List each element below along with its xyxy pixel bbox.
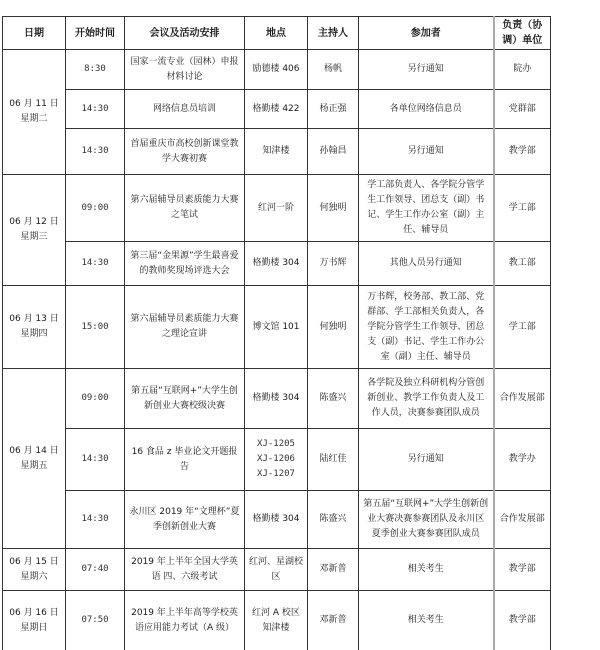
weekday: 星期四 [7, 327, 61, 342]
dept-cell: 教工部 [494, 242, 551, 286]
table-row: 14:30 16 食品 z 毕业论文开题报告 XJ-1205 XJ-1206 X… [3, 429, 551, 491]
host-cell: 孙翰昌 [308, 129, 359, 175]
weekday: 星期三 [7, 230, 61, 245]
dept-cell: 合作发展部 [494, 369, 551, 429]
header-date: 日期 [3, 17, 66, 50]
dept-cell: 学工部 [494, 286, 551, 369]
header-row: 日期 开始时间 会议及活动安排 地点 主持人 参加者 负责（协调）单位 [3, 17, 551, 50]
header-dept: 负责（协调）单位 [494, 17, 551, 50]
event-cell: 第六届辅导员素质能力大赛之理论宣讲 [125, 286, 245, 369]
location-cell: XJ-1205 XJ-1206 XJ-1207 [245, 429, 308, 491]
participants-cell: 各学院及独立科研机构分管创新创业、教学工作负责人及工作人员，决赛参赛团队成员 [359, 369, 494, 429]
time-cell: 07:40 [66, 549, 125, 591]
dept-cell: 教学部 [494, 549, 551, 591]
participants-cell: 另行通知 [359, 129, 494, 175]
date-cell: 06 月 15 日 星期六 [3, 549, 66, 591]
table-row: 06 月 15 日 星期六 07:40 2019 年上半年全国大学英语 四、六级… [3, 549, 551, 591]
dept-cell: 党群部 [494, 90, 551, 129]
date: 06 月 12 日 [7, 215, 61, 230]
header-event: 会议及活动安排 [125, 17, 245, 50]
location-room: XJ-1207 [249, 467, 303, 482]
participants-cell: 万书辉，校务部、教工部、党群部、学工部相关负责人，各学院分管学生工作领导、团总支… [359, 286, 494, 369]
date: 06 月 11 日 [7, 97, 61, 112]
participants-cell: 学工部负责人、各学院分管学生工作领导、团总支（副）书记、学生工作办公室（副）主任… [359, 175, 494, 242]
dept-cell: 学工部 [494, 175, 551, 242]
table-row: 06 月 13 日 星期四 15:00 第六届辅导员素质能力大赛之理论宣讲 博文… [3, 286, 551, 369]
event-cell: 2019 年上半年全国大学英语 四、六级考试 [125, 549, 245, 591]
location-cell: 红河一阶 [245, 175, 308, 242]
event-cell: 首届重庆市高校创新课堂教学大赛初赛 [125, 129, 245, 175]
header-location: 地点 [245, 17, 308, 50]
participants-cell: 各单位网络信息员 [359, 90, 494, 129]
table-row: 06 月 12 日 星期三 09:00 第六届辅导员素质能力大赛之笔试 红河一阶… [3, 175, 551, 242]
event-cell: 第三届“金果源”学生最喜爱的教师奖现场评选大会 [125, 242, 245, 286]
date: 06 月 14 日 [7, 444, 61, 459]
date: 06 月 15 日 [7, 555, 61, 570]
event-cell: 2019 年上半年高等学校英语应用能力考试（A 级） [125, 591, 245, 650]
host-cell: 陆红佳 [308, 429, 359, 491]
event-cell: 16 食品 z 毕业论文开题报告 [125, 429, 245, 491]
date: 06 月 13 日 [7, 312, 61, 327]
event-cell: 第六届辅导员素质能力大赛之笔试 [125, 175, 245, 242]
table-row: 14:30 网络信息员培训 格勤楼 422 杨正强 各单位网络信息员 党群部 [3, 90, 551, 129]
participants-cell: 第五届“互联网+”大学生创新创业大赛决赛参赛团队及永川区夏季创业大赛参赛团队成员 [359, 491, 494, 549]
date-cell: 06 月 11 日 星期二 [3, 50, 66, 175]
event-cell: 第五届“互联网+”大学生创新创业大赛校级决赛 [125, 369, 245, 429]
time-cell: 14:30 [66, 491, 125, 549]
time-cell: 09:00 [66, 175, 125, 242]
location-room: XJ-1206 [249, 452, 303, 467]
time-cell: 8:30 [66, 50, 125, 90]
table-row: 06 月 11 日 星期二 8:30 国家一流专业（园林）申报材料讨论 励德楼 … [3, 50, 551, 90]
host-cell: 杨帆 [308, 50, 359, 90]
time-cell: 14:30 [66, 429, 125, 491]
location-cell: 博文馆 101 [245, 286, 308, 369]
location-room: XJ-1205 [249, 437, 303, 452]
host-cell: 邓新普 [308, 549, 359, 591]
host-cell: 何独明 [308, 286, 359, 369]
weekday: 星期日 [7, 621, 61, 636]
weekday: 星期六 [7, 570, 61, 585]
participants-cell: 相关考生 [359, 549, 494, 591]
header-start-time: 开始时间 [66, 17, 125, 50]
dept-cell: 合作发展部 [494, 491, 551, 549]
weekday: 星期二 [7, 112, 61, 127]
host-cell: 陈盛兴 [308, 491, 359, 549]
participants-cell: 另行通知 [359, 429, 494, 491]
location-cell: 励德楼 406 [245, 50, 308, 90]
location-cell: 知津楼 [245, 129, 308, 175]
event-cell: 网络信息员培训 [125, 90, 245, 129]
event-cell: 国家一流专业（园林）申报材料讨论 [125, 50, 245, 90]
dept-cell: 院办 [494, 50, 551, 90]
time-cell: 14:30 [66, 90, 125, 129]
time-cell: 07:50 [66, 591, 125, 650]
dept-cell: 教学部 [494, 591, 551, 650]
table-row: 06 月 16 日 星期日 07:50 2019 年上半年高等学校英语应用能力考… [3, 591, 551, 650]
table-row: 14:30 首届重庆市高校创新课堂教学大赛初赛 知津楼 孙翰昌 另行通知 教学部 [3, 129, 551, 175]
participants-cell: 另行通知 [359, 50, 494, 90]
date-cell: 06 月 16 日 星期日 [3, 591, 66, 650]
event-cell: 永川区 2019 年“文理杯”夏季创新创业大赛 [125, 491, 245, 549]
host-cell: 邓新普 [308, 591, 359, 650]
location-cell: 格勤楼 304 [245, 491, 308, 549]
time-cell: 14:30 [66, 242, 125, 286]
dept-cell: 教学部 [494, 129, 551, 175]
date: 06 月 16 日 [7, 606, 61, 621]
schedule-table: 日期 开始时间 会议及活动安排 地点 主持人 参加者 负责（协调）单位 06 月… [2, 16, 551, 650]
location-cell: 格勤楼 304 [245, 369, 308, 429]
weekday: 星期五 [7, 459, 61, 474]
location-cell: 格勤楼 304 [245, 242, 308, 286]
table-row: 06 月 14 日 星期五 09:00 第五届“互联网+”大学生创新创业大赛校级… [3, 369, 551, 429]
table-row: 14:30 永川区 2019 年“文理杯”夏季创新创业大赛 格勤楼 304 陈盛… [3, 491, 551, 549]
host-cell: 何独明 [308, 175, 359, 242]
location-cell: 红河、星湖校区 [245, 549, 308, 591]
dept-cell: 教学办 [494, 429, 551, 491]
participants-cell: 其他人员另行通知 [359, 242, 494, 286]
host-cell: 陈盛兴 [308, 369, 359, 429]
location-cell: 格勤楼 422 [245, 90, 308, 129]
time-cell: 15:00 [66, 286, 125, 369]
table-row: 14:30 第三届“金果源”学生最喜爱的教师奖现场评选大会 格勤楼 304 万书… [3, 242, 551, 286]
header-host: 主持人 [308, 17, 359, 50]
host-cell: 杨正强 [308, 90, 359, 129]
participants-cell: 相关考生 [359, 591, 494, 650]
host-cell: 万书辉 [308, 242, 359, 286]
date-cell: 06 月 14 日 星期五 [3, 369, 66, 549]
date-cell: 06 月 12 日 星期三 [3, 175, 66, 286]
header-participants: 参加者 [359, 17, 494, 50]
date-cell: 06 月 13 日 星期四 [3, 286, 66, 369]
location-cell: 红河 A 校区知津楼 [245, 591, 308, 650]
time-cell: 14:30 [66, 129, 125, 175]
time-cell: 09:00 [66, 369, 125, 429]
